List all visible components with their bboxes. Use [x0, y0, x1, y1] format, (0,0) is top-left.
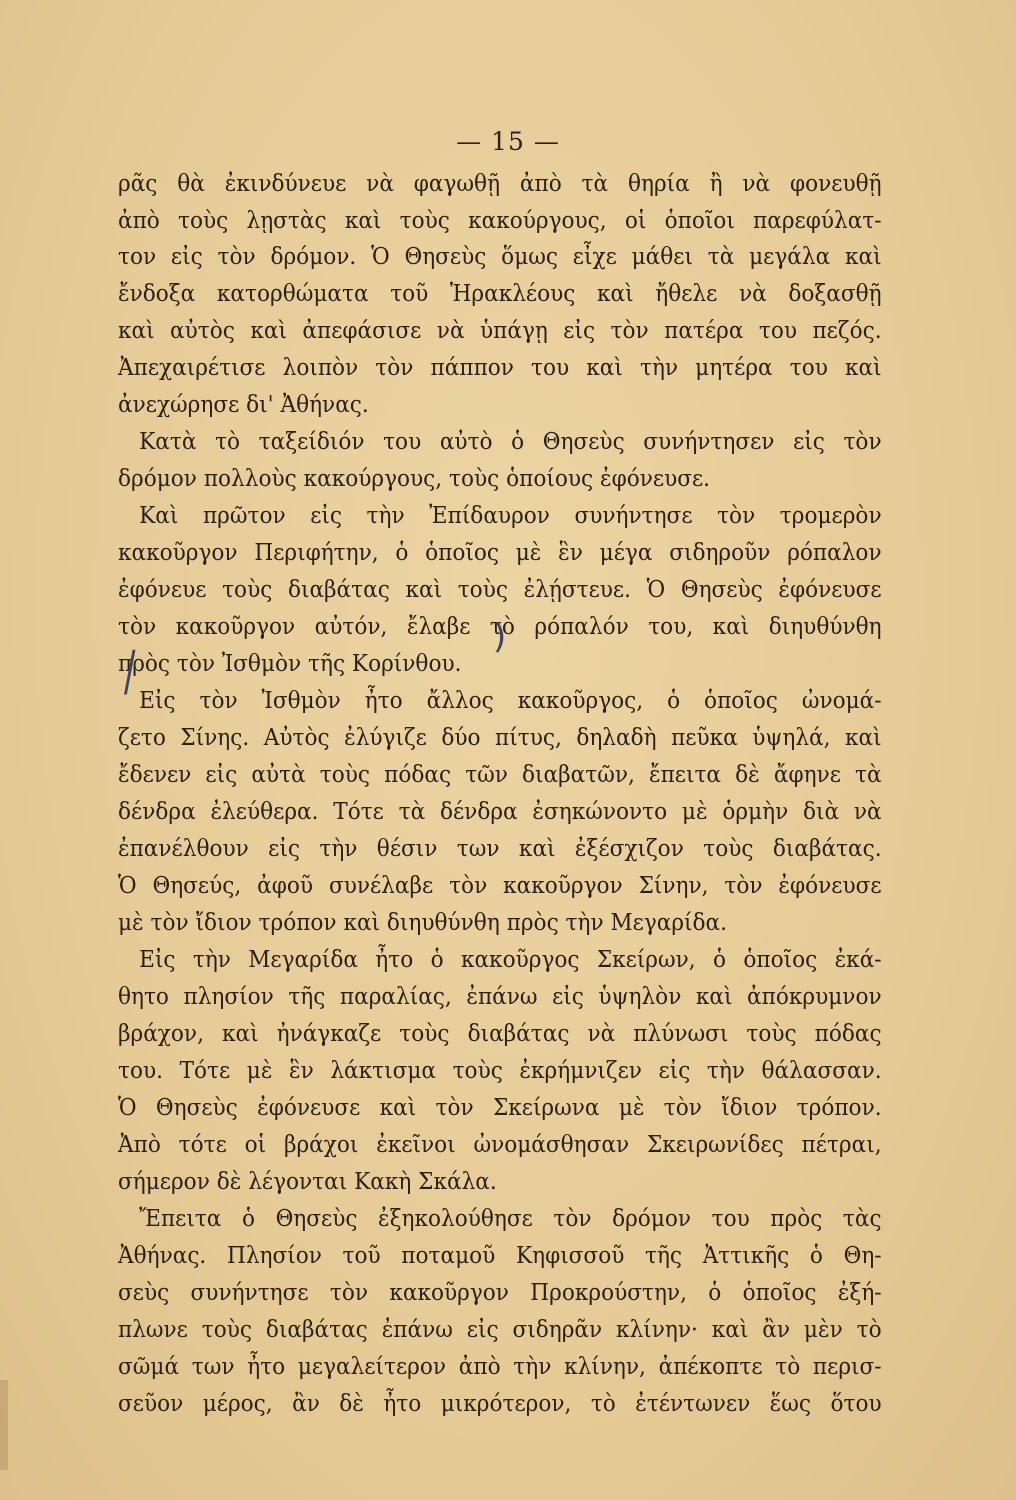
text-line: ρᾶς θὰ ἐκινδύνευε νὰ φαγωθῇ ἀπὸ τὰ θηρία… — [118, 166, 882, 200]
text-line: σεὺς συνήντησε τὸν κακοῦργον Προκρούστην… — [118, 1275, 882, 1309]
text-line: θητο πλησίον τῆς παραλίας, ἐπάνω εἰς ὑψη… — [118, 979, 882, 1013]
text-line: ἀνεχώρησε δι' Ἀθήνας. — [118, 387, 882, 421]
text-line: Καὶ πρῶτον εἰς τὴν Ἐπίδαυρον συνήντησε τ… — [118, 498, 882, 532]
text-line: Ὁ Θησεύς, ἀφοῦ συνέλαβε τὸν κακοῦργον Σί… — [118, 868, 882, 902]
text-line: δρόμον πολλοὺς κακούργους, τοὺς ὁποίους … — [118, 461, 882, 495]
pencil-open-paren: / — [124, 640, 135, 704]
text-line: σεῦον μέρος, ἂν δὲ ἦτο μικρότερον, τὸ ἐτ… — [118, 1386, 882, 1420]
text-line: βράχον, καὶ ἠνάγκαζε τοὺς διαβάτας νὰ πλ… — [118, 1016, 882, 1050]
text-line: Ὁ Θησεὺς ἐφόνευσε καὶ τὸν Σκείρωνα μὲ τὸ… — [118, 1090, 882, 1124]
text-line: καὶ αὐτὸς καὶ ἀπεφάσισε νὰ ὑπάγῃ εἰς τὸν… — [118, 313, 882, 347]
text-line: πλωνε τοὺς διαβάτας ἐπάνω εἰς σιδηρᾶν κλ… — [118, 1312, 882, 1346]
text-line: δένδρα ἐλεύθερα. Τότε τὰ δένδρα ἐσηκώνον… — [118, 794, 882, 828]
text-line: σήμερον δὲ λέγονται Κακὴ Σκάλα. — [118, 1164, 882, 1198]
text-line: ἔνδοξα κατορθώματα τοῦ Ἡρακλέους καὶ ἤθε… — [118, 276, 882, 310]
text-line: σῶμά των ἦτο μεγαλείτερον ἀπὸ τὴν κλίνην… — [118, 1349, 882, 1383]
text-line: Ἀθήνας. Πλησίον τοῦ ποταμοῦ Κηφισσοῦ τῆς… — [118, 1238, 882, 1272]
text-line: ἐπανέλθουν εἰς τὴν θέσιν των καὶ ἐξέσχιζ… — [118, 831, 882, 865]
text-line: Ἀπεχαιρέτισε λοιπὸν τὸν πάππον του καὶ τ… — [118, 350, 882, 384]
text-line: κακοῦργον Περιφήτην, ὁ ὁποῖος μὲ ἓν μέγα… — [118, 535, 882, 569]
text-line: ἔδενεν εἰς αὐτὰ τοὺς πόδας τῶν διαβατῶν,… — [118, 757, 882, 791]
text-line: Ἀπὸ τότε οἱ βράχοι ἐκεῖνοι ὠνομάσθησαν Σ… — [118, 1127, 882, 1161]
text-line: του. Τότε μὲ ἓν λάκτισμα τοὺς ἐκρήμνιζεν… — [118, 1053, 882, 1087]
left-binding-edge — [0, 1380, 8, 1470]
text-line: ἀπὸ τοὺς λῃστὰς καὶ τοὺς κακούργους, οἱ … — [118, 203, 882, 237]
page-number: — 15 — — [0, 127, 1016, 156]
text-line: μὲ τὸν ἴδιον τρόπον καὶ διηυθύνθη πρὸς τ… — [118, 905, 882, 939]
text-line: Εἰς τὴν Μεγαρίδα ἦτο ὁ κακοῦργος Σκείρων… — [118, 942, 882, 976]
text-line: Εἰς τὸν Ἰσθμὸν ἦτο ἄλλος κακοῦργος, ὁ ὁπ… — [118, 683, 882, 717]
text-line: τον εἰς τὸν δρόμον. Ὁ Θησεὺς ὅμως εἶχε μ… — [118, 239, 882, 273]
text-line: Ἔπειτα ὁ Θησεὺς ἐξηκολούθησε τὸν δρόμον … — [118, 1201, 882, 1235]
text-line: Κατὰ τὸ ταξείδιόν του αὐτὸ ὁ Θησεὺς συνή… — [118, 424, 882, 458]
text-line: ζετο Σίνης. Αὐτὸς ἐλύγιζε δύο πίτυς, δηλ… — [118, 720, 882, 754]
pencil-close-paren: ) — [493, 617, 506, 657]
text-line: ἐφόνευε τοὺς διαβάτας καὶ τοὺς ἐλῄστευε.… — [118, 572, 882, 606]
